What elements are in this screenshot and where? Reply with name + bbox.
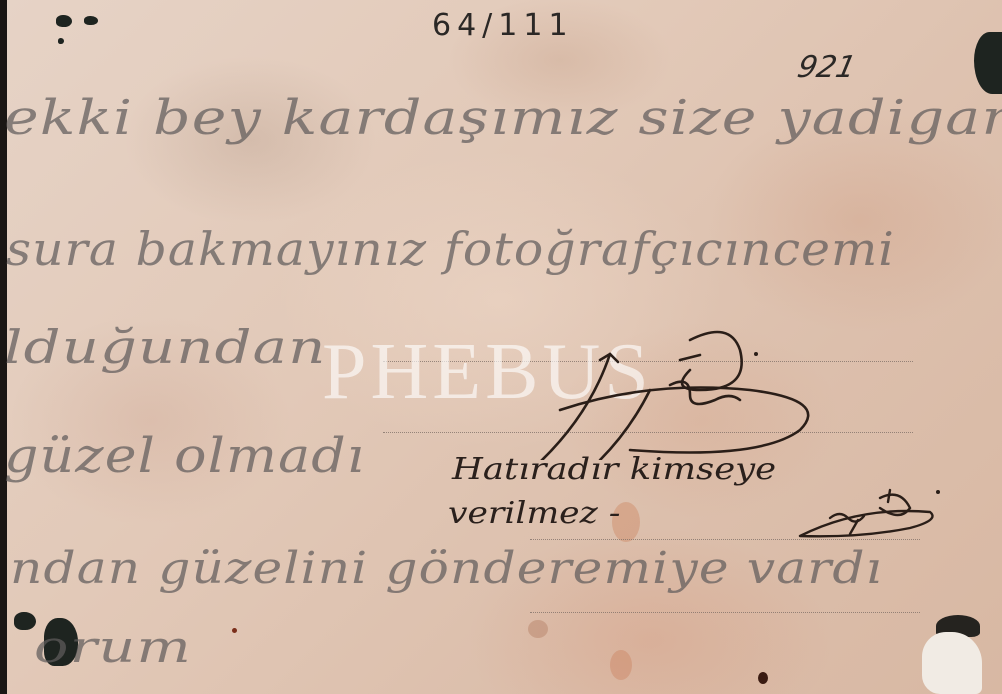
stain-spot bbox=[528, 620, 548, 638]
ink-note-line-2: verilmez - bbox=[448, 496, 620, 531]
handwritten-line-1: ekki bey kardaşımız size yadigar bbox=[4, 90, 1002, 146]
item-number: 921 bbox=[794, 50, 859, 85]
stain-spot bbox=[758, 672, 768, 684]
stain-spot bbox=[232, 628, 237, 633]
handwritten-line-4: güzel olmadı bbox=[4, 428, 365, 484]
ink-blot-top-left-3 bbox=[58, 38, 64, 44]
signature-small bbox=[790, 484, 950, 544]
handwritten-line-5: ndan güzelini gönderemiye vardı bbox=[10, 543, 883, 594]
handwritten-line-6: orum bbox=[34, 622, 192, 673]
archive-number: 64/111 bbox=[432, 8, 574, 43]
ink-blot-bottom-left bbox=[14, 612, 36, 630]
handwritten-line-2: sura bakmayınız fotoğrafçıcıncemi bbox=[6, 222, 895, 276]
ink-blot-top-left bbox=[56, 15, 72, 27]
stain-spot bbox=[610, 650, 632, 680]
address-line bbox=[530, 612, 920, 613]
signature-large bbox=[500, 330, 880, 460]
handwritten-line-3: lduğundan bbox=[4, 320, 326, 374]
ink-blot-top-left-2 bbox=[84, 16, 98, 25]
paper-tear-bottom-right bbox=[922, 632, 982, 694]
